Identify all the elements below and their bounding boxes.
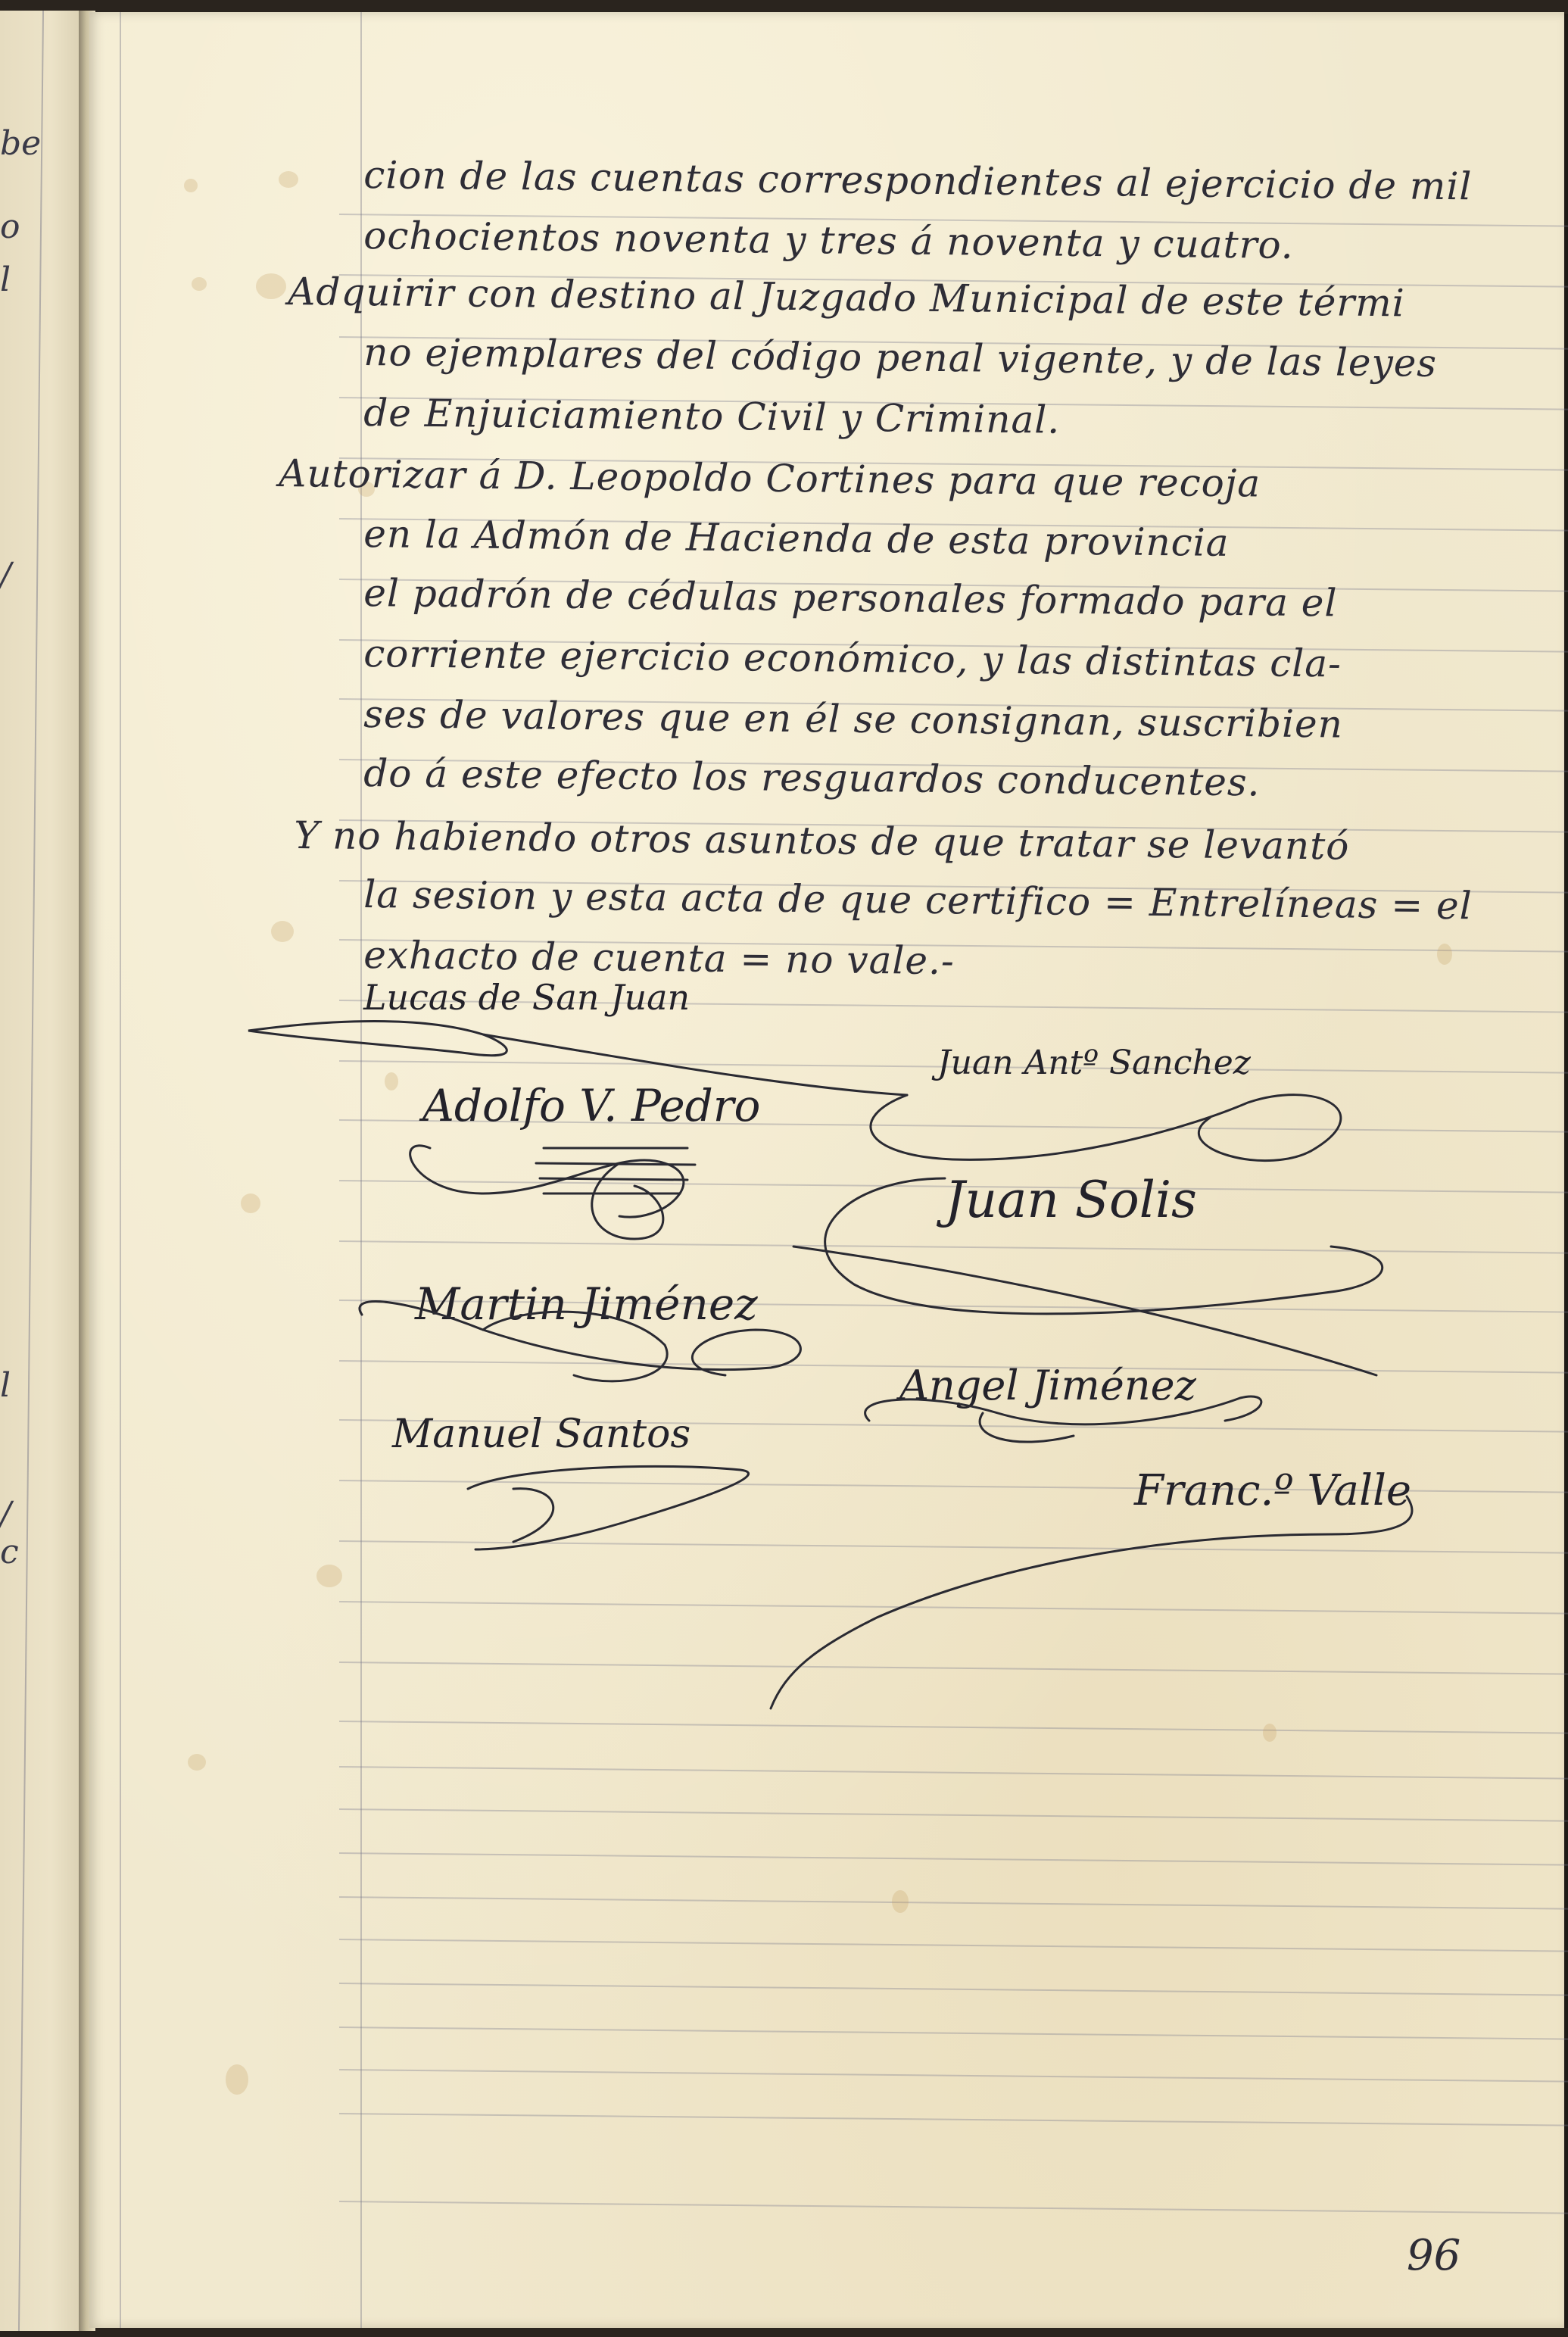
ruled-line	[339, 1983, 1568, 1996]
left-page-margin-line	[18, 11, 44, 2331]
ruled-line	[339, 1896, 1568, 1910]
signature-francisco-valle: Franc.º Valle	[1134, 1466, 1411, 1515]
foxing-spot	[192, 277, 207, 291]
ruled-line	[339, 1721, 1568, 1734]
ruled-line	[339, 1661, 1568, 1675]
ruled-line	[339, 2201, 1568, 2214]
ruled-line	[339, 1766, 1568, 1780]
body-line: Adquirir con destino al Juzgado Municipa…	[288, 270, 1405, 325]
left-page-fragment: o	[0, 207, 20, 246]
foxing-spot	[385, 1072, 398, 1090]
ruled-line	[339, 1939, 1568, 1952]
body-line: el padrón de cédulas personales formado …	[363, 571, 1338, 625]
body-line: exhacto de cuenta = no vale.-	[363, 933, 955, 983]
body-line: ses de valores que en él se consignan, s…	[363, 692, 1343, 747]
body-line: no ejemplares del código penal vigente, …	[363, 330, 1437, 385]
ruled-line	[339, 1601, 1568, 1615]
foxing-spot	[188, 1754, 206, 1771]
page-number: 96	[1407, 2231, 1460, 2280]
foxing-spot	[226, 2064, 248, 2095]
body-line: corriente ejercicio económico, y las dis…	[363, 632, 1342, 686]
signature-juan-solis: Juan Solis	[945, 1171, 1197, 1229]
signature-martin-jimenez: Martin Jiménez	[415, 1278, 758, 1330]
foxing-spot	[241, 1193, 260, 1213]
signature-manuel-santos: Manuel Santos	[392, 1412, 690, 1457]
foxing-spot	[279, 171, 298, 188]
text-margin-line	[360, 12, 362, 2328]
body-line: Y no habiendo otros asuntos de que trata…	[294, 813, 1350, 869]
ruled-line	[339, 1240, 1568, 1254]
foxing-spot	[1437, 944, 1452, 965]
signature-adolfo-v-pedro: Adolfo V. Pedro	[422, 1080, 760, 1131]
left-page-fragment: c	[0, 1533, 19, 1571]
left-page-fragment: /	[0, 1495, 11, 1534]
body-line: ochocientos noventa y tres á noventa y c…	[363, 214, 1294, 267]
ruled-line	[339, 1852, 1568, 1866]
foxing-spot	[256, 273, 286, 299]
body-line: cion de las cuentas correspondientes al …	[363, 153, 1473, 208]
foxing-spot	[316, 1565, 342, 1587]
foxing-spot	[892, 1890, 909, 1913]
body-line: de Enjuiciamiento Civil y Criminal.	[363, 391, 1060, 442]
signature-lucas-de-san-juan: Lucas de San Juan	[363, 977, 690, 1018]
foxing-spot	[184, 179, 198, 192]
left-page-fragment: be	[0, 124, 41, 163]
left-page-fragment: l	[0, 261, 11, 299]
ruled-line	[339, 2069, 1568, 2083]
signature-angel-jimenez: Angel Jiménez	[899, 1362, 1196, 1409]
outer-margin-line	[120, 12, 121, 2328]
ledger-page: cion de las cuentas correspondientes al …	[89, 12, 1564, 2328]
body-line: la sesion y esta acta de que certifico =…	[363, 872, 1473, 928]
ruled-line	[339, 2027, 1568, 2040]
foxing-spot	[271, 921, 294, 942]
left-page-fragment: l	[0, 1366, 11, 1405]
body-line: Autorizar á D. Leopoldo Cortines para qu…	[279, 451, 1261, 506]
scan-bottom-edge	[0, 2328, 1568, 2337]
signature-juan-antonio-sanchez: Juan Antº Sanchez	[937, 1044, 1251, 1082]
ruled-line	[339, 1808, 1568, 1822]
ruled-line	[339, 1540, 1568, 1554]
left-facing-page: be o l / l / c	[0, 11, 85, 2331]
body-line: en la Admón de Hacienda de esta provinci…	[363, 512, 1230, 565]
ruled-line	[339, 2113, 1568, 2126]
body-line: do á este efecto los resguardos conducen…	[363, 751, 1261, 804]
foxing-spot	[1263, 1724, 1277, 1742]
left-page-fragment: /	[0, 556, 11, 594]
